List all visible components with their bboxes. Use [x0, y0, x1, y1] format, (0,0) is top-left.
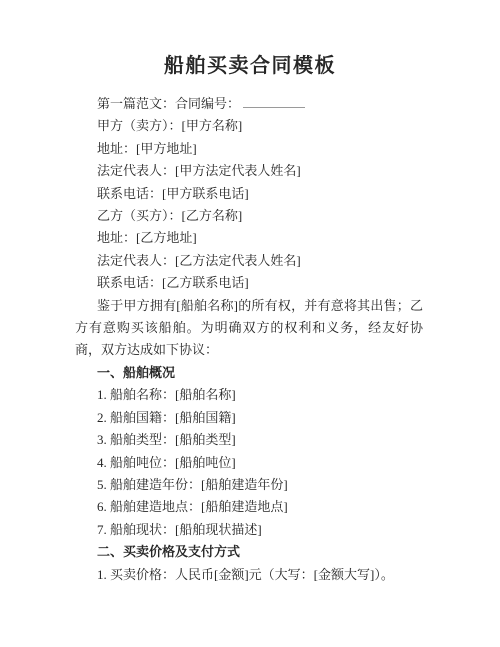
ship-build-year-item: 5. 船舶建造年份：[船舶建造年份] — [75, 474, 423, 496]
ship-type-item: 3. 船舶类型：[船舶类型] — [75, 429, 423, 451]
party-a-phone-line: 联系电话：[甲方联系电话] — [75, 183, 423, 205]
preamble-paragraph: 鉴于甲方拥有[船舶名称]的所有权，并有意将其出售；乙方有意购买该船舶。为明确双方… — [75, 295, 423, 362]
contract-number-line: 第一篇范文：合同编号： — [75, 93, 423, 115]
party-b-phone-line: 联系电话：[乙方联系电话] — [75, 272, 423, 294]
ship-nationality-item: 2. 船舶国籍：[船舶国籍] — [75, 407, 423, 429]
contract-number-blank — [243, 96, 305, 108]
contract-document-page: 船舶买卖合同模板 第一篇范文：合同编号： 甲方（卖方）：[甲方名称] 地址：[甲… — [0, 0, 500, 647]
ship-name-item: 1. 船舶名称：[船舶名称] — [75, 384, 423, 406]
section-1-heading: 一、船舶概况 — [75, 362, 423, 384]
ship-build-place-item: 6. 船舶建造地点：[船舶建造地点] — [75, 496, 423, 518]
party-a-name-line: 甲方（卖方）：[甲方名称] — [75, 115, 423, 137]
ship-tonnage-item: 4. 船舶吨位：[船舶吨位] — [75, 452, 423, 474]
section-2-heading: 二、买卖价格及支付方式 — [75, 541, 423, 563]
party-a-address-line: 地址：[甲方地址] — [75, 138, 423, 160]
party-b-name-line: 乙方（买方）：[乙方名称] — [75, 205, 423, 227]
sale-price-item: 1. 买卖价格：人民币[金额]元（大写：[金额大写]）。 — [75, 564, 423, 586]
party-a-legal-rep-line: 法定代表人：[甲方法定代表人姓名] — [75, 160, 423, 182]
document-body: 第一篇范文：合同编号： 甲方（卖方）：[甲方名称] 地址：[甲方地址] 法定代表… — [0, 80, 500, 586]
party-b-legal-rep-line: 法定代表人：[乙方法定代表人姓名] — [75, 250, 423, 272]
contract-number-label: 第一篇范文：合同编号： — [97, 96, 240, 111]
party-b-address-line: 地址：[乙方地址] — [75, 227, 423, 249]
document-title: 船舶买卖合同模板 — [0, 0, 500, 80]
ship-condition-item: 7. 船舶现状：[船舶现状描述] — [75, 519, 423, 541]
